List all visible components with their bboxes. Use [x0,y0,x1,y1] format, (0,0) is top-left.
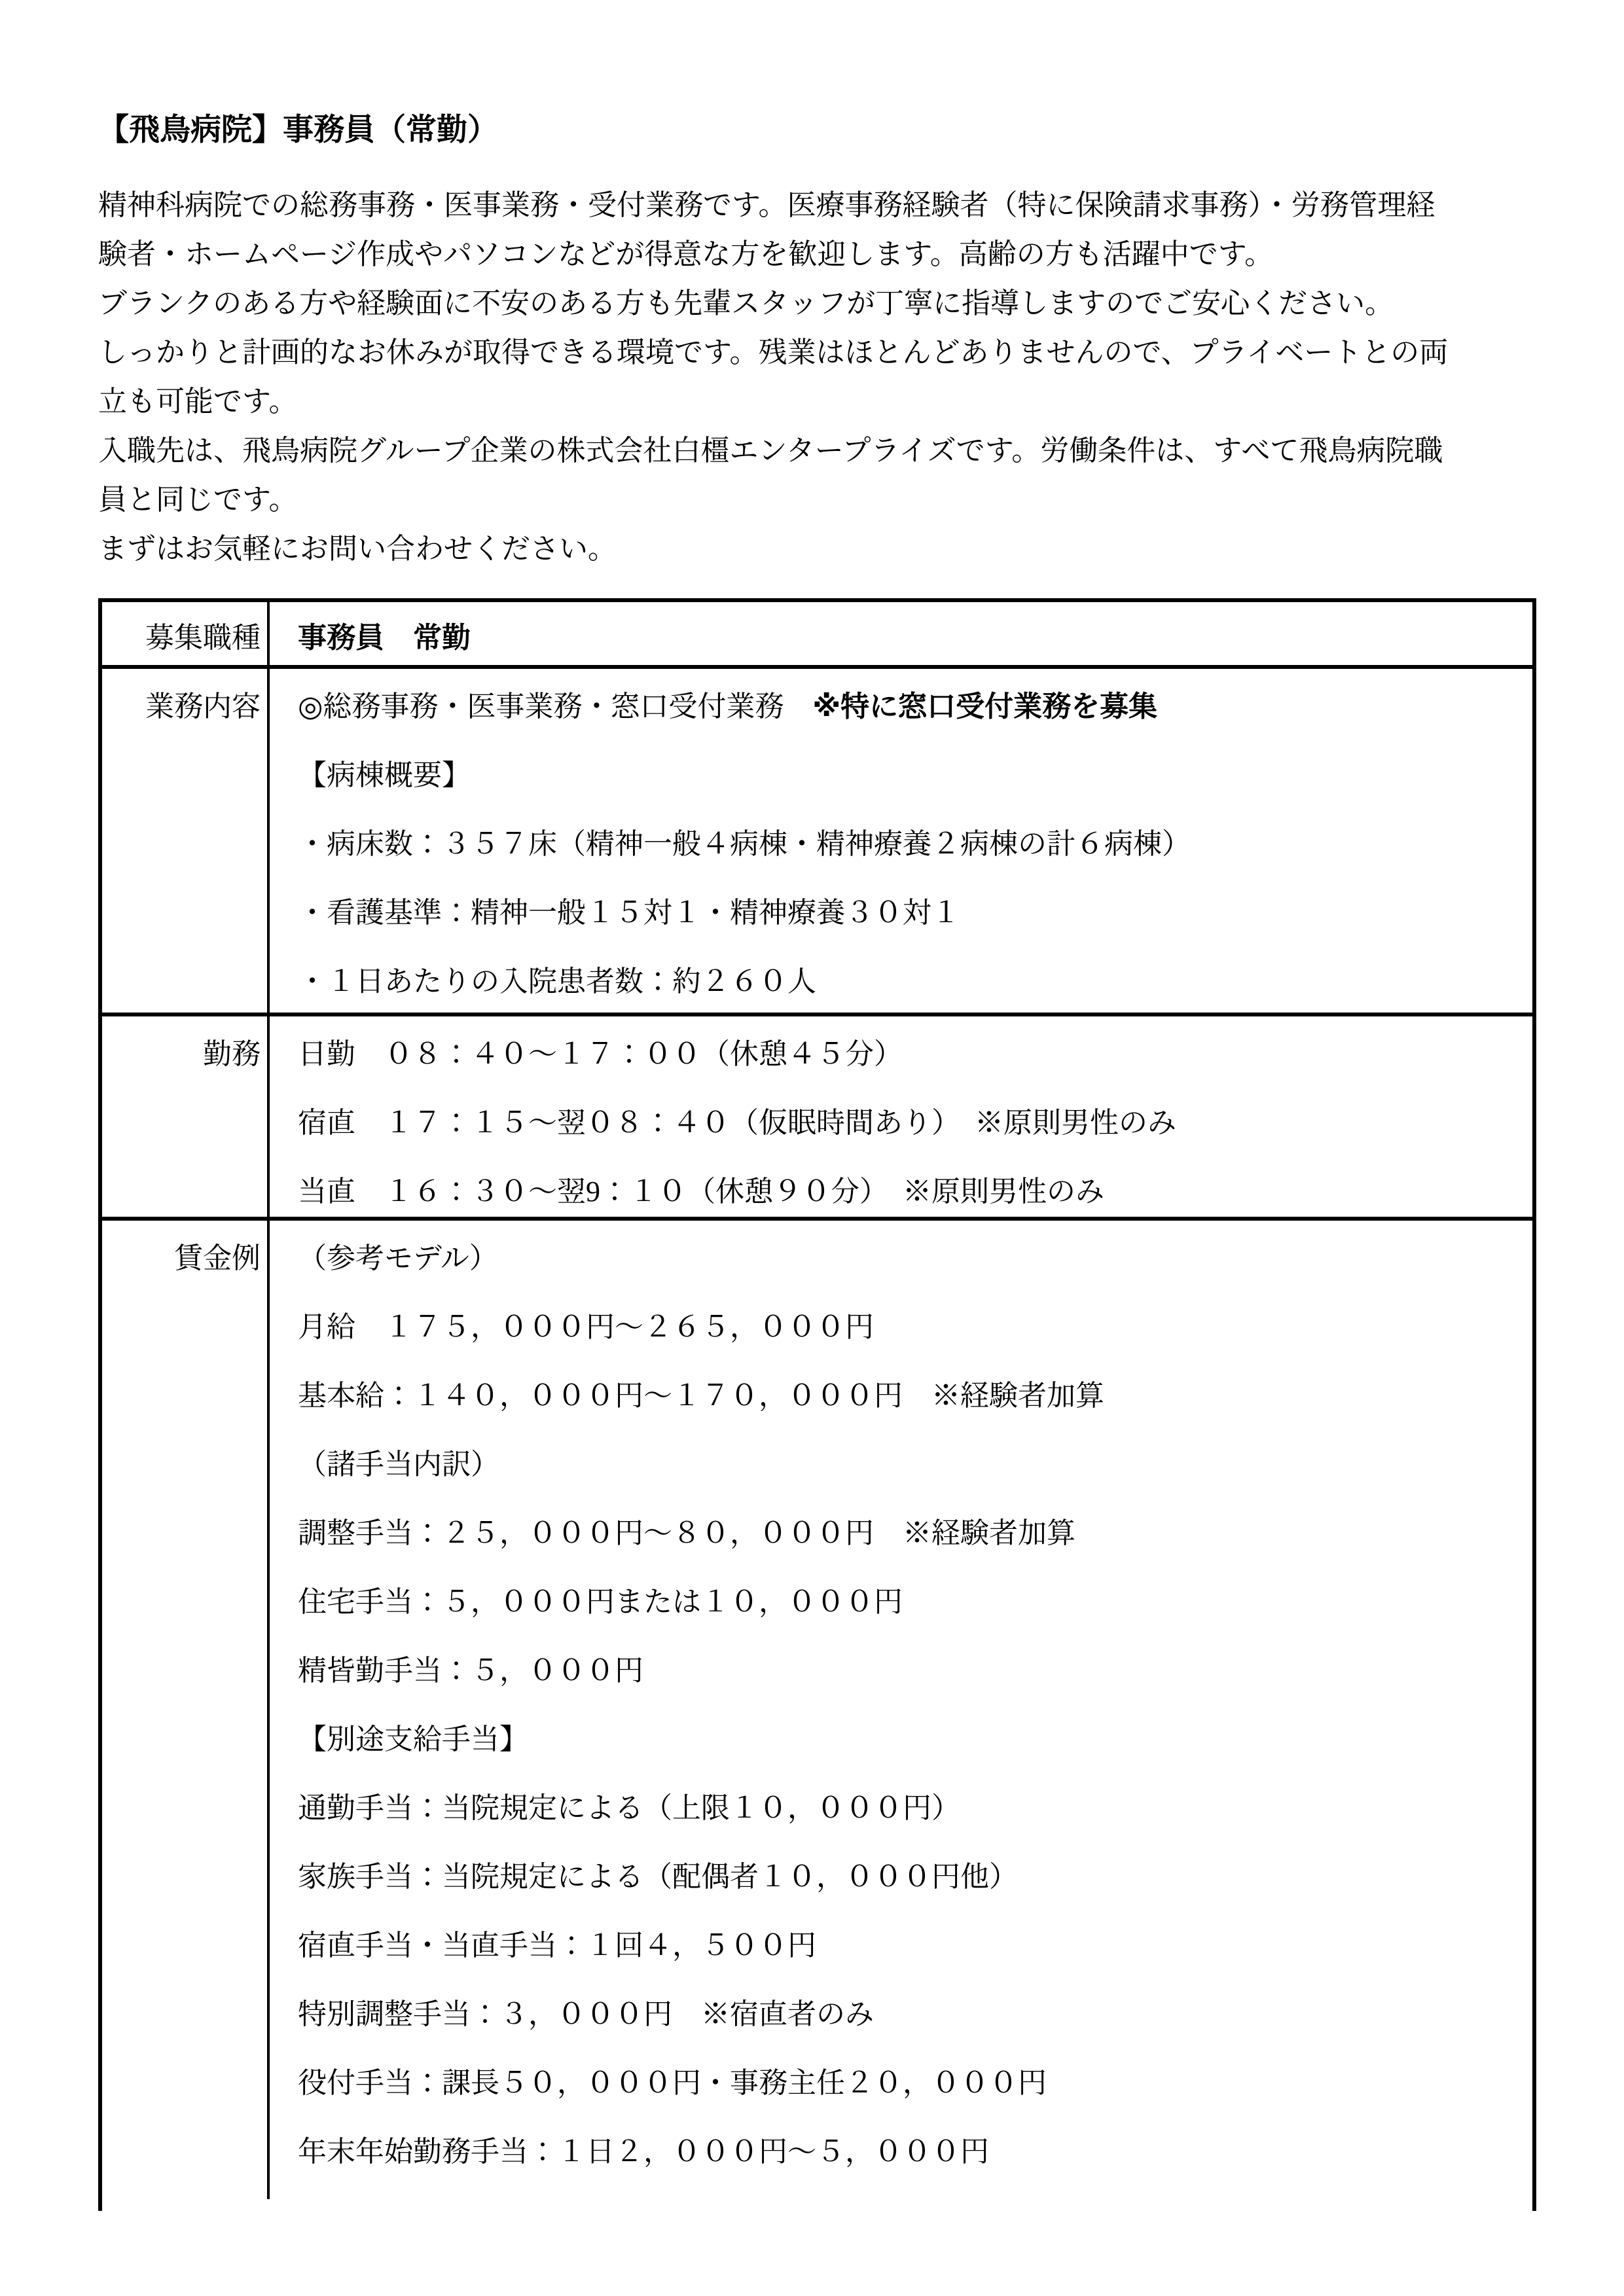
intro-line: まずはお気軽にお問い合わせください。 [98,524,1536,573]
row-label-wages: 賃金例 [102,1221,270,2199]
table-row-shifts: 勤務 日勤 ０８：４０～１７：００（休憩４５分） 宿直 １７：１５～翌０８：４０… [102,1016,1532,1221]
cell-line-text: 通勤手当：当院規定による（上限１０，０００円） [298,1784,960,1826]
cell-line: ・看護基準：精神一般１５対１・精神療養３０対１ [298,875,1532,944]
intro-line: しっかりと計画的なお休みが取得できる環境です。残業はほとんどありませんので、プラ… [98,328,1536,377]
row-label-text: 賃金例 [174,1234,261,1276]
cell-line: （諸手当内訳） [298,1427,1532,1496]
cell-line: ◎総務事務・医事業務・窓口受付業務 ※特に窓口受付業務を募集 [298,669,1532,738]
cell-line-text: 家族手当：当院規定による（配偶者１０，０００円他） [298,1853,1018,1895]
job-type-value: 事務員 常勤 [298,614,471,656]
cell-line-text: 年末年始勤務手当：１日２，０００円～５，０００円 [298,2128,989,2170]
cell-line-text: （参考モデル） [298,1234,498,1276]
cell-line: 住宅手当：５，０００円または１０，０００円 [298,1564,1532,1633]
intro-line: 入職先は、飛鳥病院グループ企業の株式会社白橿エンタープライズです。労働条件は、す… [98,426,1536,475]
row-cell-duties: ◎総務事務・医事業務・窓口受付業務 ※特に窓口受付業務を募集 【病棟概要】 ・病… [270,669,1532,1013]
cell-line: 特別調整手当：３，０００円 ※宿直者のみ [298,1977,1532,2045]
cell-line: ・病床数：３５７床（精神一般４病棟・精神療養２病棟の計６病棟） [298,806,1532,875]
emphasis-text: ※特に窓口受付業務を募集 [812,683,1157,725]
intro-line: 精神科病院での総務事務・医事業務・受付業務です。医療事務経験者（特に保険請求事務… [98,181,1536,230]
cell-line: 【別途支給手当】 [298,1702,1532,1770]
row-label-duties: 業務内容 [102,669,270,1013]
cell-line-text: （諸手当内訳） [298,1441,499,1482]
cell-line: （参考モデル） [298,1221,1532,1289]
cell-line: 宿直手当・当直手当：１回４，５００円 [298,1908,1532,1977]
cell-line-text: 特別調整手当：３，０００円 ※宿直者のみ [298,1990,874,2032]
cell-line: 事務員 常勤 [298,602,1532,668]
cell-line: 日勤 ０８：４０～１７：００（休憩４５分） [298,1016,1532,1085]
cell-line: ・１日あたりの入院患者数：約２６０人 [298,944,1532,1013]
intro-paragraphs: 精神科病院での総務事務・医事業務・受付業務です。医療事務経験者（特に保険請求事務… [98,181,1536,573]
cell-line-text: 精皆勤手当：５，０００円 [298,1647,643,1689]
cell-line: 精皆勤手当：５，０００円 [298,1633,1532,1702]
cell-line-text: ◎総務事務・医事業務・窓口受付業務 [298,683,812,725]
cell-line-text: ・看護基準：精神一般１５対１・精神療養３０対１ [298,889,960,931]
row-label-text: 勤務 [203,1030,261,1072]
cell-line: 年末年始勤務手当：１日２，０００円～５，０００円 [298,2114,1532,2183]
cell-line: 役付手当：課長５０，０００円・事務主任２０，０００円 [298,2045,1532,2114]
page-title: 【飛鳥病院】事務員（常勤） [98,110,1536,149]
cell-line-text: 宿直 １７：１５～翌０８：４０（仮眠時間あり） ※原則男性のみ [298,1099,1176,1141]
cell-line-text: 【別途支給手当】 [298,1715,528,1757]
intro-line: 員と同じです。 [98,475,1536,524]
row-label-job-type: 募集職種 [102,602,270,665]
intro-line: ブランクのある方や経験面に不安のある方も先輩スタッフが丁寧に指導しますのでご安心… [98,279,1536,328]
cell-line-text: 住宅手当：５，０００円または１０，０００円 [298,1578,903,1620]
cell-line-text: 調整手当：２５，０００円～８０，０００円 ※経験者加算 [298,1509,1075,1551]
cell-line: 月給 １７５，０００円～２６５，０００円 [298,1289,1532,1358]
document-page: 【飛鳥病院】事務員（常勤） 精神科病院での総務事務・医事業務・受付業務です。医療… [0,0,1624,2211]
table-row-duties: 業務内容 ◎総務事務・医事業務・窓口受付業務 ※特に窓口受付業務を募集 【病棟概… [102,669,1532,1016]
cell-line: 通勤手当：当院規定による（上限１０，０００円） [298,1770,1532,1839]
cell-line-text: 当直 １６：３０～翌9：１０（休憩９０分） ※原則男性のみ [298,1168,1104,1210]
intro-line: 験者・ホームページ作成やパソコンなどが得意な方を歓迎します。高齢の方も活躍中です… [98,230,1536,279]
cell-line: 当直 １６：３０～翌9：１０（休憩９０分） ※原則男性のみ [298,1154,1532,1221]
cell-line: 宿直 １７：１５～翌０８：４０（仮眠時間あり） ※原則男性のみ [298,1085,1532,1154]
cell-line: 家族手当：当院規定による（配偶者１０，０００円他） [298,1839,1532,1908]
job-table: 募集職種 事務員 常勤 業務内容 ◎総務事務・医事業務・窓口受付業務 ※特に窓口… [98,598,1536,2211]
cell-line-text: 日勤 ０８：４０～１７：００（休憩４５分） [298,1030,903,1072]
row-label-shifts: 勤務 [102,1016,270,1217]
row-label-text: 業務内容 [145,683,261,725]
row-cell-shifts: 日勤 ０８：４０～１７：００（休憩４５分） 宿直 １７：１５～翌０８：４０（仮眠… [270,1016,1532,1217]
cell-line-text: 宿直手当・当直手当：１回４，５００円 [298,1922,816,1964]
cell-line-text: 役付手当：課長５０，０００円・事務主任２０，０００円 [298,2059,1047,2101]
row-label-text: 募集職種 [145,614,261,656]
intro-line: 立も可能です。 [98,377,1536,426]
table-row-job-type: 募集職種 事務員 常勤 [102,602,1532,669]
cell-line-text: ・病床数：３５７床（精神一般４病棟・精神療養２病棟の計６病棟） [298,820,1191,862]
cell-line-text: ・１日あたりの入院患者数：約２６０人 [298,958,816,999]
cell-line-text: 月給 １７５，０００円～２６５，０００円 [298,1303,874,1345]
cell-line-text: 基本給：１４０，０００円～１７０，０００円 ※経験者加算 [298,1372,1104,1414]
table-row-wages: 賃金例 （参考モデル） 月給 １７５，０００円～２６５，０００円 基本給：１４０… [102,1221,1532,2199]
cell-line: 【病棟概要】 [298,738,1532,806]
row-cell-wages: （参考モデル） 月給 １７５，０００円～２６５，０００円 基本給：１４０，０００… [270,1221,1532,2199]
cell-line: 調整手当：２５，０００円～８０，０００円 ※経験者加算 [298,1496,1532,1564]
row-cell-job-type: 事務員 常勤 [270,602,1532,665]
cell-line-text: 【病棟概要】 [298,751,471,793]
cell-line: 基本給：１４０，０００円～１７０，０００円 ※経験者加算 [298,1358,1532,1427]
